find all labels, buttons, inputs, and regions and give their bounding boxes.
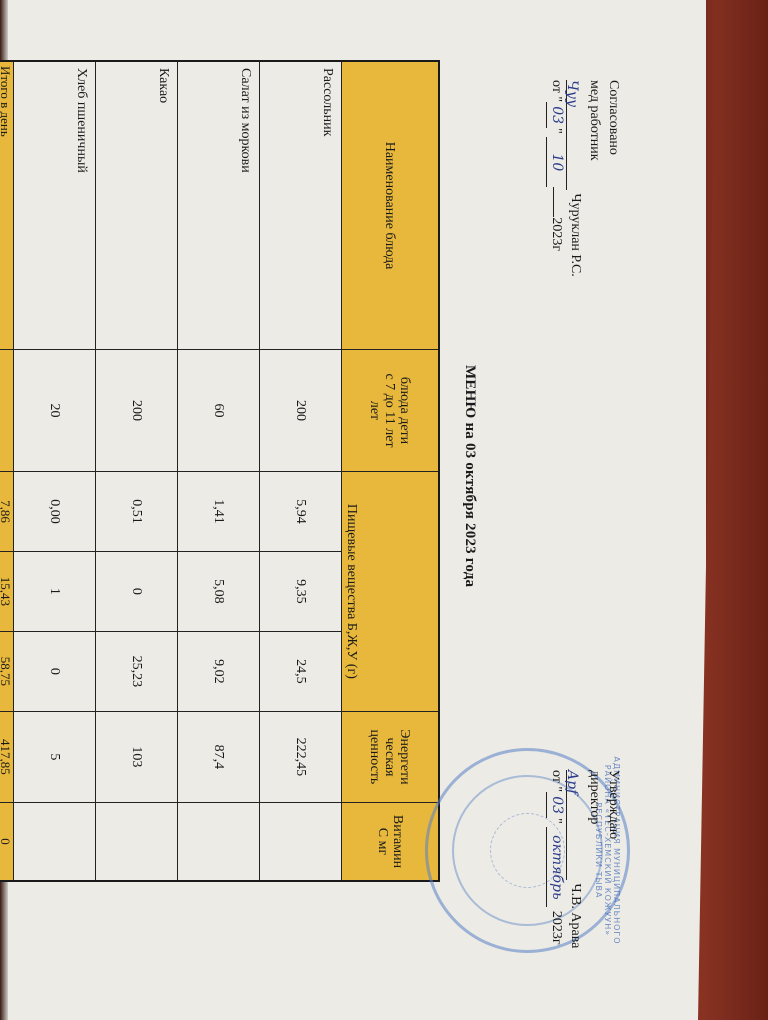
fat: 0 bbox=[96, 551, 178, 631]
agreed-block: Согласовано мед работник Чуу Чуруклан Р.… bbox=[546, 80, 623, 277]
portion-weight: 20 bbox=[14, 350, 96, 472]
approved-date-month: октябрь bbox=[546, 827, 566, 907]
approved-name: Ч.В. Арава bbox=[568, 884, 583, 949]
energy: 103 bbox=[96, 711, 178, 802]
header-energy-line2: ческая bbox=[383, 712, 398, 802]
approved-label: Утверждаю bbox=[604, 770, 623, 948]
header-portion-weight: блюда дети с 7 до 11 лет лет bbox=[342, 350, 440, 472]
header-dish-name: Наименование блюда bbox=[342, 61, 440, 350]
header-energy-line3: ценность bbox=[368, 712, 383, 802]
menu-table: Наименование блюда блюда дети с 7 до 11 … bbox=[0, 60, 440, 882]
energy: 222,45 bbox=[260, 711, 342, 802]
total-weight bbox=[0, 350, 14, 472]
total-vitamin-c: 0 bbox=[0, 803, 14, 881]
total-carbs: 58,75 bbox=[0, 631, 14, 711]
portion-weight: 200 bbox=[96, 350, 178, 472]
agreed-date-day: 03 bbox=[546, 102, 566, 128]
total-energy: 417,85 bbox=[0, 711, 14, 802]
agreed-date-quote: " bbox=[549, 128, 564, 134]
header-energy: Энергети ческая ценность bbox=[342, 711, 440, 802]
table-row: Какао 200 0,51 0 25,23 103 bbox=[96, 61, 178, 881]
approved-block: Утверждаю директор Apf Ч.В. Арава от "03… bbox=[546, 770, 623, 948]
approved-role: директор bbox=[585, 770, 604, 948]
fat: 9,35 bbox=[260, 551, 342, 631]
portion-weight: 200 bbox=[260, 350, 342, 472]
dish-name: Рассольник bbox=[260, 61, 342, 350]
agreed-date-year: 2023г bbox=[549, 217, 564, 251]
agreed-date-prefix: от " bbox=[549, 80, 564, 102]
approved-signature-line: Apf bbox=[566, 770, 581, 880]
agreed-signature-row: Чуу Чуруклан Р.С. bbox=[566, 80, 585, 277]
dish-name: Салат из моркови bbox=[178, 61, 260, 350]
approved-date-quote: " bbox=[549, 818, 564, 824]
dish-name: Какао bbox=[96, 61, 178, 350]
approved-date-prefix: от " bbox=[549, 770, 564, 792]
agreed-role: мед работник bbox=[585, 80, 604, 277]
carbs: 9,02 bbox=[178, 631, 260, 711]
vitamin-c bbox=[96, 803, 178, 881]
agreed-name: Чуруклан Р.С. bbox=[568, 194, 583, 277]
header-nutrients: Пищевые вещества Б,Ж,У (г) bbox=[342, 472, 440, 712]
approved-date-day: 03 bbox=[546, 792, 566, 818]
header-vitamin-line1: Витамин bbox=[390, 803, 405, 880]
agreed-date-gap bbox=[553, 187, 554, 217]
vitamin-c bbox=[14, 803, 96, 881]
total-protein: 7,86 bbox=[0, 472, 14, 552]
protein: 0,00 bbox=[14, 472, 96, 552]
table-row: Рассольник 200 5,94 9,35 24,5 222,45 bbox=[260, 61, 342, 881]
vitamin-c bbox=[178, 803, 260, 881]
agreed-label: Согласовано bbox=[604, 80, 623, 277]
page-title: МЕНЮ на 03 октября 2023 года bbox=[461, 365, 478, 587]
total-fat: 15,43 bbox=[0, 551, 14, 631]
total-label: Итого в день bbox=[0, 61, 14, 350]
header-weight-line2: с 7 до 11 лет bbox=[383, 350, 398, 471]
header-energy-line1: Энергети bbox=[398, 712, 413, 802]
fat: 1 bbox=[14, 551, 96, 631]
energy: 5 bbox=[14, 711, 96, 802]
agreed-signature-line: Чуу bbox=[566, 80, 581, 190]
approved-date-year: 2023г bbox=[549, 911, 564, 945]
header-weight-line3: лет bbox=[368, 350, 383, 471]
agreed-signature: Чуу bbox=[564, 80, 580, 107]
protein: 5,94 bbox=[260, 472, 342, 552]
table-header-row: Наименование блюда блюда дети с 7 до 11 … bbox=[342, 61, 440, 881]
carbs: 24,5 bbox=[260, 631, 342, 711]
protein: 1,41 bbox=[178, 472, 260, 552]
table-row: Салат из моркови 60 1,41 5,08 9,02 87,4 bbox=[178, 61, 260, 881]
agreed-date-month: 10 bbox=[546, 137, 566, 187]
menu-document: Согласовано мед работник Чуу Чуруклан Р.… bbox=[0, 0, 768, 1020]
table-total-row: Итого в день 7,86 15,43 58,75 417,85 0 bbox=[0, 61, 14, 881]
carbs: 0 bbox=[14, 631, 96, 711]
header-weight-line1: блюда дети bbox=[398, 350, 413, 471]
table-row: Хлеб пшеничный 20 0,00 1 0 5 bbox=[14, 61, 96, 881]
approved-date: от "03" октябрь 2023г bbox=[546, 770, 566, 948]
carbs: 25,23 bbox=[96, 631, 178, 711]
vitamin-c bbox=[260, 803, 342, 881]
dish-name: Хлеб пшеничный bbox=[14, 61, 96, 350]
fat: 5,08 bbox=[178, 551, 260, 631]
agreed-date: от "03" 102023г bbox=[546, 80, 566, 277]
protein: 0,51 bbox=[96, 472, 178, 552]
approved-signature-row: Apf Ч.В. Арава bbox=[566, 770, 585, 948]
approved-signature: Apf bbox=[564, 770, 580, 794]
header-vitamin-line2: С мг bbox=[375, 803, 390, 880]
portion-weight: 60 bbox=[178, 350, 260, 472]
energy: 87,4 bbox=[178, 711, 260, 802]
